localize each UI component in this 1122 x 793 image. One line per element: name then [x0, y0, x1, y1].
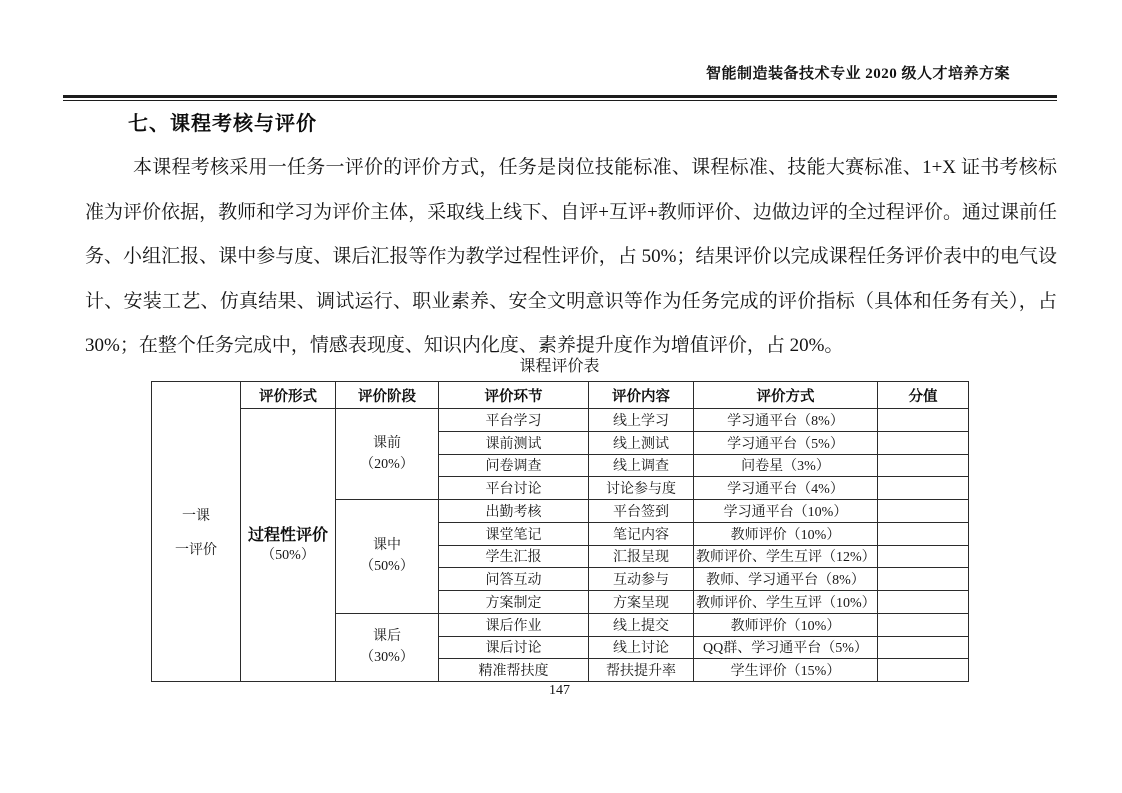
group-label-cell: 一课 一评价 — [152, 382, 241, 682]
method-cell: 学习通平台（8%） — [694, 409, 878, 432]
score-cell — [878, 613, 969, 636]
score-cell — [878, 477, 969, 500]
stage-cell-during: 课中 （50%） — [336, 500, 439, 614]
content-cell: 线上提交 — [589, 613, 694, 636]
group-label-line1: 一课 — [154, 498, 238, 532]
method-cell: 问卷星（3%） — [694, 454, 878, 477]
page-number: 147 — [151, 683, 968, 699]
form-weight: （50%） — [243, 547, 333, 565]
stage-cell-post: 课后 （30%） — [336, 613, 439, 681]
col-header-method: 评价方式 — [694, 382, 878, 409]
content-cell: 线上调查 — [589, 454, 694, 477]
content-cell: 笔记内容 — [589, 522, 694, 545]
link-cell: 问答互动 — [439, 568, 589, 591]
score-cell — [878, 431, 969, 454]
link-cell: 精准帮扶度 — [439, 659, 589, 682]
content-cell: 线上测试 — [589, 431, 694, 454]
score-cell — [878, 409, 969, 432]
method-cell: 教师评价（10%） — [694, 613, 878, 636]
link-cell: 问卷调查 — [439, 454, 589, 477]
stage-cell-pre: 课前 （20%） — [336, 409, 439, 500]
link-cell: 课后讨论 — [439, 636, 589, 659]
link-cell: 平台讨论 — [439, 477, 589, 500]
method-cell: 教师评价、学生互评（10%） — [694, 591, 878, 614]
group-label-line2: 一评价 — [154, 532, 238, 566]
method-cell: 学习通平台（10%） — [694, 500, 878, 523]
method-cell: 教师评价、学生互评（12%） — [694, 545, 878, 568]
document-page: 智能制造装备技术专业 2020 级人才培养方案 七、课程考核与评价 本课程考核采… — [0, 0, 1122, 793]
stage-weight: （20%） — [338, 454, 436, 475]
content-cell: 线上讨论 — [589, 636, 694, 659]
form-cell: 过程性评价 （50%） — [241, 409, 336, 682]
table-title: 课程评价表 — [151, 353, 968, 376]
body-paragraph: 本课程考核采用一任务一评价的评价方式，任务是岗位技能标准、课程标准、技能大赛标准… — [85, 146, 1057, 369]
content-cell: 互动参与 — [589, 568, 694, 591]
col-header-form: 评价形式 — [241, 382, 336, 409]
content-cell: 平台签到 — [589, 500, 694, 523]
content-cell: 讨论参与度 — [589, 477, 694, 500]
score-cell — [878, 659, 969, 682]
stage-name: 课前 — [338, 433, 436, 454]
link-cell: 方案制定 — [439, 591, 589, 614]
col-header-content: 评价内容 — [589, 382, 694, 409]
method-cell: 学习通平台（5%） — [694, 431, 878, 454]
score-cell — [878, 545, 969, 568]
method-cell: 教师、学习通平台（8%） — [694, 568, 878, 591]
link-cell: 课堂笔记 — [439, 522, 589, 545]
link-cell: 平台学习 — [439, 409, 589, 432]
score-cell — [878, 522, 969, 545]
stage-weight: （30%） — [338, 647, 436, 668]
table-header-row: 一课 一评价 评价形式 评价阶段 评价环节 评价内容 评价方式 分值 — [152, 382, 969, 409]
link-cell: 课后作业 — [439, 613, 589, 636]
link-cell: 学生汇报 — [439, 545, 589, 568]
link-cell: 出勤考核 — [439, 500, 589, 523]
method-cell: 学习通平台（4%） — [694, 477, 878, 500]
content-cell: 汇报呈现 — [589, 545, 694, 568]
section-heading: 七、课程考核与评价 — [128, 107, 317, 136]
course-evaluation-table: 一课 一评价 评价形式 评价阶段 评价环节 评价内容 评价方式 分值 过程性评价… — [151, 381, 969, 682]
score-cell — [878, 500, 969, 523]
score-cell — [878, 636, 969, 659]
stage-weight: （50%） — [338, 556, 436, 577]
stage-name: 课后 — [338, 626, 436, 647]
score-cell — [878, 568, 969, 591]
score-cell — [878, 454, 969, 477]
col-header-score: 分值 — [878, 382, 969, 409]
score-cell — [878, 591, 969, 614]
table-row: 过程性评价 （50%） 课前 （20%） 平台学习 线上学习 学习通平台（8%） — [152, 409, 969, 432]
stage-name: 课中 — [338, 535, 436, 556]
form-name: 过程性评价 — [243, 525, 333, 547]
col-header-stage: 评价阶段 — [336, 382, 439, 409]
link-cell: 课前测试 — [439, 431, 589, 454]
method-cell: 教师评价（10%） — [694, 522, 878, 545]
method-cell: QQ群、学习通平台（5%） — [694, 636, 878, 659]
document-header-text: 智能制造装备技术专业 2020 级人才培养方案 — [63, 62, 1010, 83]
col-header-link: 评价环节 — [439, 382, 589, 409]
method-cell: 学生评价（15%） — [694, 659, 878, 682]
content-cell: 线上学习 — [589, 409, 694, 432]
content-cell: 帮扶提升率 — [589, 659, 694, 682]
header-rule — [63, 95, 1057, 101]
content-cell: 方案呈现 — [589, 591, 694, 614]
